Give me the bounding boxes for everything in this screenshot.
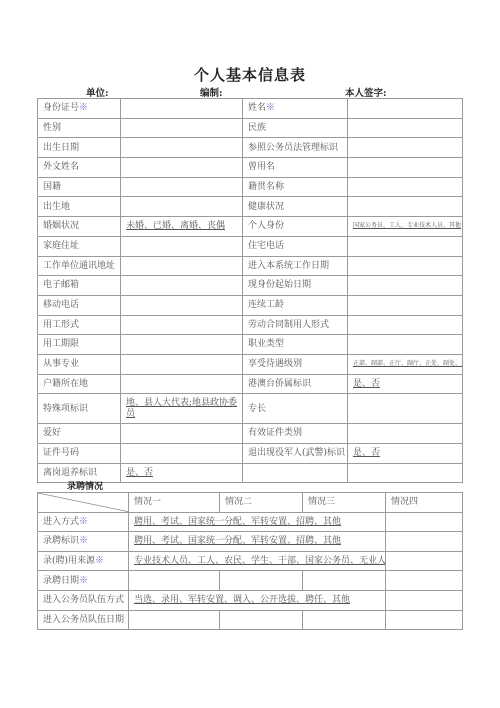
field-label: 进入本系统工作日期 [243,256,348,276]
table-row: 录聘日期※ [38,571,463,591]
diagonal-header-cell [38,493,129,513]
field-value[interactable] [121,315,243,335]
field-value-text: 地、县人大代表;地县政协委员 [126,398,237,418]
field-value[interactable] [348,463,463,483]
table-row: 证件号码退出现役军人(武警)标识是、否 [38,444,463,464]
field-value-text: 未婚、已婚、离婚、丧偶 [126,221,225,231]
recruitment-value-cell[interactable] [386,610,463,630]
field-label-text: 特殊项标识 [43,404,88,414]
field-label-text: 婚姻状况 [43,221,79,231]
field-label: 民族 [243,118,348,138]
field-value[interactable] [121,118,243,138]
recruitment-value-cell[interactable] [303,610,386,630]
recruitment-value-cell[interactable] [386,532,463,552]
field-label-text: 享受待遇级别 [248,359,302,369]
recruitment-label-text: 录聘标识 [43,536,79,546]
table-row: 国籍籍贯名称 [38,177,463,197]
required-mark-icon: ※ [79,517,88,527]
field-label: 婚姻状况 [38,217,121,237]
field-label-text: 爱好 [43,428,61,438]
table-row: 户籍所在地港澳台侨属标识是、否 [38,374,463,394]
recruitment-value-cell[interactable] [129,571,220,591]
field-value[interactable] [348,118,463,138]
field-label: 港澳台侨属标识 [243,374,348,394]
field-label: 爱好 [38,424,121,444]
field-label [243,463,348,483]
field-label: 特殊项标识 [38,394,121,424]
table-row: 外文姓名曾用名 [38,158,463,178]
field-value[interactable] [121,99,243,119]
field-label-text: 从事专业 [43,359,79,369]
field-label-text: 专长 [248,404,266,414]
required-mark-icon: ※ [79,576,88,586]
field-label: 曾用名 [243,158,348,178]
column-header-4: 情况四 [386,493,463,513]
staffing-label: 编制: [200,85,223,99]
field-label: 参照公务员法管理标识 [243,138,348,158]
field-label: 家庭住址 [38,236,121,256]
field-label-text: 民族 [248,123,266,133]
field-label-text: 出生日期 [43,143,79,153]
field-label: 姓名※ [243,99,348,119]
field-value[interactable]: 国家公务员、工人、专业技术人员、其他 [348,217,463,237]
field-label: 外文姓名 [38,158,121,178]
field-value[interactable] [348,335,463,355]
field-value[interactable] [348,256,463,276]
table-row: 特殊项标识地、县人大代表;地县政协委员专长 [38,394,463,424]
recruitment-value-cell[interactable] [220,571,303,591]
table-row: 工作单位通讯地址进入本系统工作日期 [38,256,463,276]
field-value[interactable]: 是、否 [348,444,463,464]
unit-label: 单位: [86,85,109,99]
field-value-text: 是、否 [353,379,380,389]
field-label-text: 职业类型 [248,339,284,349]
field-label-text: 劳动合同制用人形式 [248,320,329,330]
diagonal-line-icon [38,493,128,512]
field-value[interactable] [348,315,463,335]
field-label-text: 身份证号 [43,103,79,113]
field-label: 性别 [38,118,121,138]
table-row: 身份证号※姓名※ [38,99,463,119]
field-label: 退出现役军人(武警)标识 [243,444,348,464]
table-row: 从事专业享受待遇级别正部、副部、正厅、副厅、正处、副处、正科、副科 [38,354,463,374]
field-label-text: 外文姓名 [43,162,79,172]
recruitment-label-text: 录(聘)用来源 [43,556,95,566]
field-value[interactable] [348,158,463,178]
table-row: 爱好有效证件类别 [38,424,463,444]
recruitment-options[interactable]: 当选、录用、军转安置、调入、公开选拔、聘任、其他 [129,590,386,610]
recruitment-label-text: 进入方式 [43,517,79,527]
recruitment-options[interactable]: 聘用、考试、国家统一分配、军转安置、招聘、其他 [129,532,386,552]
field-label: 用工形式 [38,315,121,335]
field-label: 身份证号※ [38,99,121,119]
field-value[interactable] [121,276,243,296]
field-label-text: 证件号码 [43,448,79,458]
field-value[interactable] [348,177,463,197]
field-value[interactable] [121,335,243,355]
table-row: 电子邮箱现身份起始日期 [38,276,463,296]
form-title: 个人基本信息表 [0,64,500,85]
field-value[interactable] [121,158,243,178]
table-row: 出生地健康状况 [38,197,463,217]
field-label-text: 移动电话 [43,300,79,310]
field-value[interactable] [348,138,463,158]
field-label: 健康状况 [243,197,348,217]
recruitment-label: 进入公务员队伍日期 [38,610,129,630]
field-label-text: 健康状况 [248,202,284,212]
field-value[interactable] [348,197,463,217]
column-header-3: 情况三 [303,493,386,513]
field-value[interactable] [348,236,463,256]
table-row: 录(聘)用来源※专业技术人员、工人、农民、学生、干部、国家公务员、无业人员、其他 [38,551,463,571]
field-label-text: 籍贯名称 [248,182,284,192]
field-label: 证件号码 [38,444,121,464]
field-label: 劳动合同制用人形式 [243,315,348,335]
field-label: 住宅电话 [243,236,348,256]
field-label-text: 工作单位通讯地址 [43,261,115,271]
field-value[interactable]: 未婚、已婚、离婚、丧偶 [121,217,243,237]
recruitment-value-cell[interactable] [303,571,386,591]
field-label: 电子邮箱 [38,276,121,296]
field-value[interactable] [121,295,243,315]
required-mark-icon: ※ [95,556,104,566]
recruitment-label: 进入方式※ [38,512,129,532]
recruitment-label-text: 进入公务员队伍方式 [43,595,124,605]
table-row: 进入公务员队伍日期 [38,610,463,630]
field-value[interactable]: 正部、副部、正厅、副厅、正处、副处、正科、副科 [348,354,463,374]
table-row: 移动电话连续工龄 [38,295,463,315]
field-label-text: 进入本系统工作日期 [248,261,329,271]
field-label-text: 用工形式 [43,320,79,330]
field-label-text: 现身份起始日期 [248,280,311,290]
field-label: 移动电话 [38,295,121,315]
field-label-text: 姓名 [248,103,266,113]
recruitment-options[interactable]: 聘用、考试、国家统一分配、军转安置、招聘、其他 [129,512,386,532]
recruitment-value-cell[interactable] [386,512,463,532]
required-mark-icon: ※ [79,536,88,546]
field-value[interactable] [121,374,243,394]
field-label: 职业类型 [243,335,348,355]
field-label-text: 曾用名 [248,162,275,172]
field-value[interactable] [121,177,243,197]
field-label-text: 用工期限 [43,339,79,349]
field-value[interactable] [121,444,243,464]
table-row: 进入方式※聘用、考试、国家统一分配、军转安置、招聘、其他 [38,512,463,532]
field-value[interactable] [121,197,243,217]
column-header-2: 情况二 [220,493,303,513]
table-row: 用工形式劳动合同制用人形式 [38,315,463,335]
field-label-text: 家庭住址 [43,241,79,251]
recruitment-table: 情况一 情况二 情况三 情况四 进入方式※聘用、考试、国家统一分配、军转安置、招… [37,492,463,630]
field-label-text: 离岗退养标识 [43,468,97,478]
field-label-text: 性别 [43,123,61,133]
field-label: 连续工龄 [243,295,348,315]
field-label-text: 个人身份 [248,221,284,231]
field-value-text: 国家公务员、工人、专业技术人员、其他 [353,222,461,229]
recruitment-value-cell[interactable] [386,571,463,591]
recruitment-value-cell[interactable] [220,610,303,630]
field-value-text: 正部、副部、正厅、副厅、正处、副处、正科、副科 [353,360,463,367]
field-label: 出生地 [38,197,121,217]
field-value[interactable] [348,99,463,119]
field-label: 有效证件类别 [243,424,348,444]
field-label: 用工期限 [38,335,121,355]
field-label: 户籍所在地 [38,374,121,394]
field-value[interactable] [121,138,243,158]
basic-info-table: 身份证号※姓名※性别民族出生日期参照公务员法管理标识外文姓名曾用名国籍籍贯名称出… [37,98,463,483]
recruitment-value-cell[interactable] [386,590,463,610]
field-value-text: 是、否 [126,468,153,478]
field-label-text: 退出现役军人(武警)标识 [248,448,345,458]
column-header-1: 情况一 [129,493,220,513]
field-label-text: 户籍所在地 [43,379,88,389]
field-value[interactable]: 是、否 [121,463,243,483]
field-label-text: 住宅电话 [248,241,284,251]
recruitment-section-title: 录聘情况 [67,479,103,492]
recruitment-value-cell[interactable] [129,610,220,630]
field-value[interactable] [348,394,463,424]
recruitment-options[interactable]: 专业技术人员、工人、农民、学生、干部、国家公务员、无业人员、其他 [129,551,386,571]
field-value[interactable] [121,354,243,374]
recruitment-label-text: 录聘日期 [43,576,79,586]
field-label: 个人身份 [243,217,348,237]
recruitment-header-row: 情况一 情况二 情况三 情况四 [38,493,463,513]
field-label-text: 出生地 [43,202,70,212]
table-row: 婚姻状况未婚、已婚、离婚、丧偶个人身份国家公务员、工人、专业技术人员、其他 [38,217,463,237]
table-row: 录聘标识※聘用、考试、国家统一分配、军转安置、招聘、其他 [38,532,463,552]
field-value[interactable] [121,236,243,256]
field-label: 从事专业 [38,354,121,374]
recruitment-label: 录(聘)用来源※ [38,551,129,571]
field-label-text: 参照公务员法管理标识 [248,143,338,153]
field-label-text: 国籍 [43,182,61,192]
field-label-text: 连续工龄 [248,300,284,310]
table-row: 家庭住址住宅电话 [38,236,463,256]
field-value[interactable] [348,295,463,315]
field-value[interactable] [121,256,243,276]
field-value[interactable] [348,424,463,444]
required-mark-icon: ※ [79,103,88,113]
field-label: 现身份起始日期 [243,276,348,296]
field-label-text: 有效证件类别 [248,428,302,438]
recruitment-value-cell[interactable] [386,551,463,571]
field-label: 享受待遇级别 [243,354,348,374]
field-value[interactable] [348,276,463,296]
signature-label: 本人签字: [345,85,387,99]
recruitment-label: 录聘日期※ [38,571,129,591]
table-row: 进入公务员队伍方式当选、录用、军转安置、调入、公开选拔、聘任、其他 [38,590,463,610]
field-label: 工作单位通讯地址 [38,256,121,276]
field-label-text: 电子邮箱 [43,280,79,290]
table-row: 性别民族 [38,118,463,138]
table-row: 用工期限职业类型 [38,335,463,355]
field-value-text: 是、否 [353,448,380,458]
field-label: 专长 [243,394,348,424]
recruitment-label-text: 进入公务员队伍日期 [43,615,124,625]
table-row: 出生日期参照公务员法管理标识 [38,138,463,158]
required-mark-icon: ※ [266,103,275,113]
field-label-text: 港澳台侨属标识 [248,379,311,389]
field-value[interactable]: 是、否 [348,374,463,394]
recruitment-label: 进入公务员队伍方式 [38,590,129,610]
field-label: 出生日期 [38,138,121,158]
field-label: 国籍 [38,177,121,197]
field-value[interactable]: 地、县人大代表;地县政协委员 [121,394,243,424]
recruitment-label: 录聘标识※ [38,532,129,552]
field-value[interactable] [121,424,243,444]
field-label: 籍贯名称 [243,177,348,197]
